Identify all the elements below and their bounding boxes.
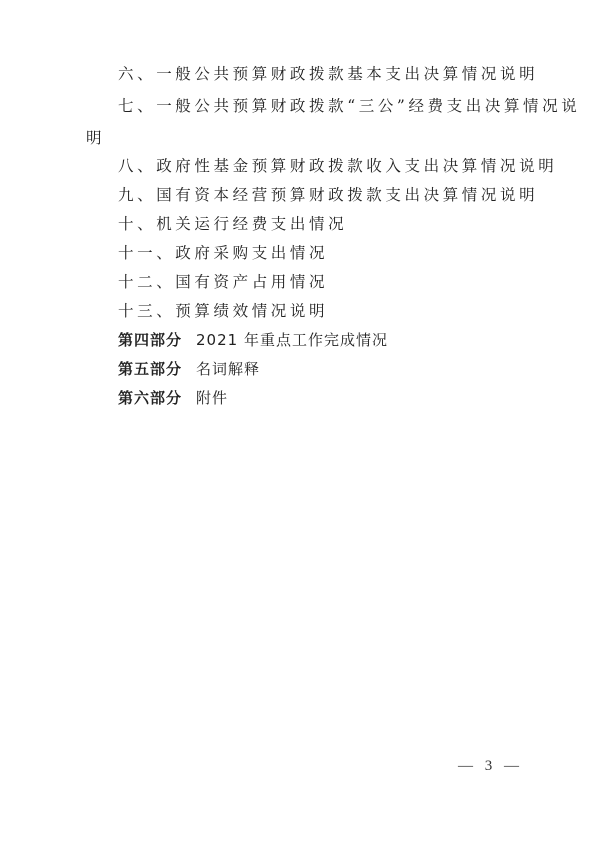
toc-item-10: 十、机关运行经费支出情况 [118, 214, 347, 234]
toc-part-4: 第四部分2021 年重点工作完成情况 [118, 330, 388, 350]
part-label: 第五部分 [118, 360, 182, 378]
page-number: — 3 — [458, 758, 523, 775]
part-label: 第四部分 [118, 331, 182, 349]
toc-item-8: 八、政府性基金预算财政拨款收入支出决算情况说明 [118, 156, 557, 176]
toc-item-6: 六、一般公共预算财政拨款基本支出决算情况说明 [118, 64, 538, 84]
part-title: 2021 年重点工作完成情况 [196, 331, 388, 349]
part-title: 附件 [196, 389, 228, 407]
toc-item-7: 七、一般公共预算财政拨款“三公”经费支出决算情况说 [118, 96, 580, 116]
toc-part-6: 第六部分附件 [118, 388, 228, 408]
toc-item-11: 十一、政府采购支出情况 [118, 243, 328, 263]
toc-item-12: 十二、国有资产占用情况 [118, 272, 328, 292]
toc-item-9: 九、国有资本经营预算财政拨款支出决算情况说明 [118, 185, 538, 205]
toc-item-13: 十三、预算绩效情况说明 [118, 301, 328, 321]
part-label: 第六部分 [118, 389, 182, 407]
part-title: 名词解释 [196, 360, 260, 378]
toc-part-5: 第五部分名词解释 [118, 359, 260, 379]
toc-item-7-wrap: 明 [86, 128, 105, 148]
